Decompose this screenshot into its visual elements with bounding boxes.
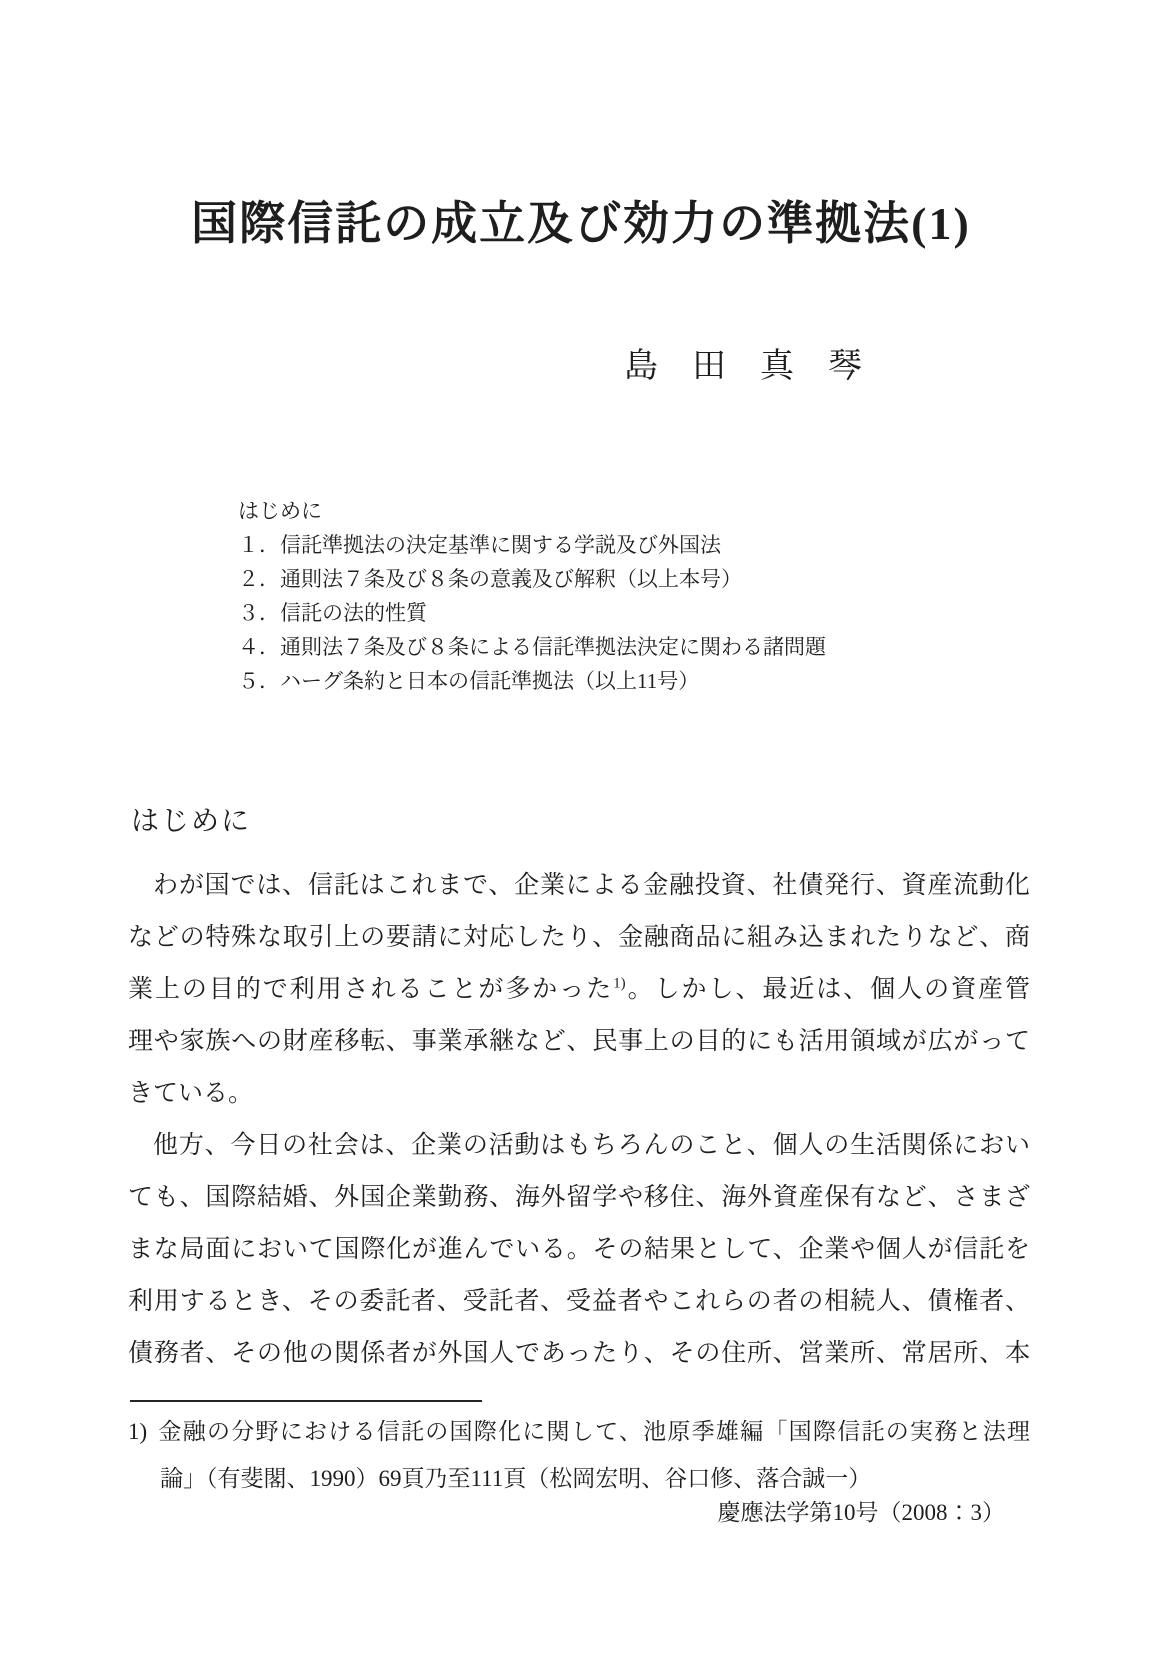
toc-item-4: ４．通則法７条及び８条による信託準拠法決定に関わる諸問題 xyxy=(238,630,826,664)
body-line: わが国では、信託はこれまで、企業による金融投資、社債発行、資産流動化 xyxy=(128,860,1030,912)
body-line: 他方、今日の社会は、企業の活動はもちろんのこと、個人の生活関係におい xyxy=(128,1120,1030,1172)
footnote-marker: 1) xyxy=(128,1419,157,1444)
footnote-line: 1)金融の分野における信託の国際化に関して、池原季雄編「国際信託の実務と法理 xyxy=(128,1408,1030,1455)
body-line-text: 業上の目的で利用されることが多かった xyxy=(128,976,613,1003)
toc-item-intro: はじめに xyxy=(238,494,826,528)
section-heading-intro: はじめに xyxy=(131,804,251,840)
footnote-divider xyxy=(130,1400,482,1402)
body-line: 業上の目的で利用されることが多かった1)。しかし、最近は、個人の資産管 xyxy=(128,964,1030,1016)
toc-item-2: ２．通則法７条及び８条の意義及び解釈（以上本号） xyxy=(238,562,826,596)
footnote: 1)金融の分野における信託の国際化に関して、池原季雄編「国際信託の実務と法理 論… xyxy=(128,1408,1030,1502)
body-line: きている。 xyxy=(128,1068,1030,1120)
body-line: まな局面において国際化が進んでいる。その結果として、企業や個人が信託を xyxy=(128,1224,1030,1276)
toc-item-5: ５．ハーグ条約と日本の信託準拠法（以上11号） xyxy=(238,664,826,698)
body-line: ても、国際結婚、外国企業勤務、海外留学や移住、海外資産保有など、さまざ xyxy=(128,1172,1030,1224)
body-text: わが国では、信託はこれまで、企業による金融投資、社債発行、資産流動化 などの特殊… xyxy=(128,860,1030,1380)
footnote-line: 論」（有斐閣、1990）69頁乃至111頁（松岡宏明、谷口修、落合誠一） xyxy=(128,1455,1030,1502)
toc-item-3: ３．信託の法的性質 xyxy=(238,596,826,630)
paper-title: 国際信託の成立及び効力の準拠法(1) xyxy=(130,196,1032,251)
body-line: などの特殊な取引上の要請に対応したり、金融商品に組み込まれたりなど、商 xyxy=(128,912,1030,964)
footnote-ref-1: 1) xyxy=(613,976,626,992)
paper-page: 国際信託の成立及び効力の準拠法(1) 島 田 真 琴 はじめに １．信託準拠法の… xyxy=(0,0,1166,1654)
footnote-text: 金融の分野における信託の国際化に関して、池原季雄編「国際信託の実務と法理 xyxy=(157,1419,1030,1444)
body-line: 利用するとき、その委託者、受託者、受益者やこれらの者の相続人、債権者、 xyxy=(128,1276,1030,1328)
author-name: 島 田 真 琴 xyxy=(130,346,1032,389)
journal-footer: 慶應法学第10号（2008：3） xyxy=(130,1498,1032,1528)
toc-item-1: １．信託準拠法の決定基準に関する学説及び外国法 xyxy=(238,528,826,562)
table-of-contents: はじめに １．信託準拠法の決定基準に関する学説及び外国法 ２．通則法７条及び８条… xyxy=(238,494,826,698)
body-line: 債務者、その他の関係者が外国人であったり、その住所、営業所、常居所、本 xyxy=(128,1328,1030,1380)
body-line: 理や家族への財産移転、事業承継など、民事上の目的にも活用領域が広がって xyxy=(128,1016,1030,1068)
body-line-text: 。しかし、最近は、個人の資産管 xyxy=(626,976,1030,1003)
